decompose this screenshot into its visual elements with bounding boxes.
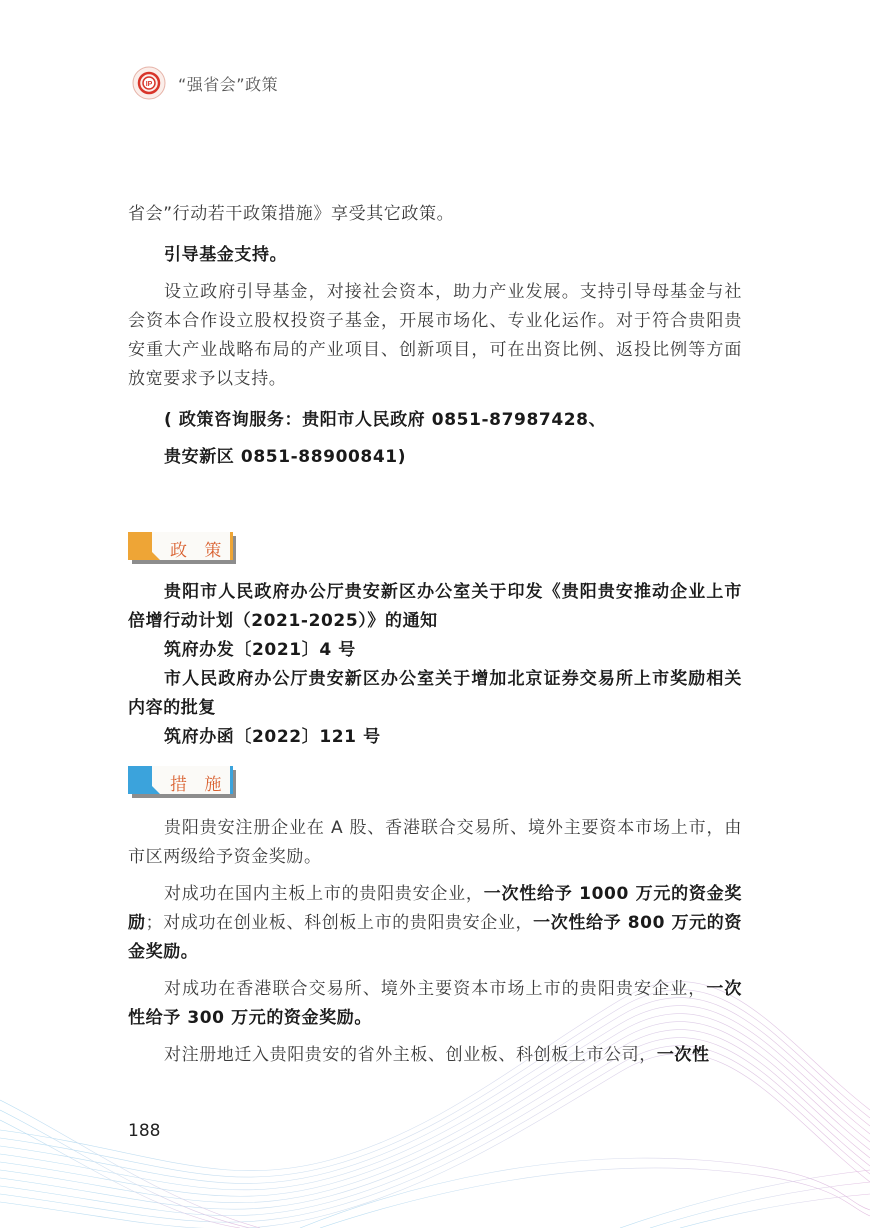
measures-paragraph-4: 对注册地迁入贵阳贵安的省外主板、创业板、科创板上市公司，一次性 (128, 1041, 742, 1070)
header-title: “强省会”政策 (178, 72, 278, 95)
page-header: IP “强省会”政策 (132, 66, 278, 100)
fund-heading: 引导基金支持。 (128, 241, 742, 270)
party-emblem-logo-icon: IP (132, 66, 166, 100)
document-body: 省会”行动若干政策措施》享受其它政策。 引导基金支持。 设立政府引导基金，对接社… (128, 200, 742, 1070)
measures-section-tag: 措 施 (128, 766, 236, 796)
fund-body: 设立政府引导基金，对接社会资本，助力产业发展。支持引导母基金与社会资本合作设立股… (128, 278, 742, 394)
policy-item-title: 市人民政府办公厅贵安新区办公室关于增加北京证券交易所上市奖励相关内容的批复 (128, 665, 742, 723)
policy-item-doc-no: 筑府办函〔2022〕121 号 (128, 723, 742, 752)
measures-paragraph-3: 对成功在香港联合交易所、境外主要资本市场上市的贵阳贵安企业，一次性给予 300 … (128, 975, 742, 1033)
measures-tag-label: 措 施 (170, 770, 227, 795)
measures-paragraph-1: 贵阳贵安注册企业在 A 股、香港联合交易所、境外主要资本市场上市，由市区两级给予… (128, 814, 742, 872)
contact-line-1: ( 政策咨询服务：贵阳市人民政府 0851-87987428、 (128, 406, 742, 435)
svg-text:IP: IP (146, 81, 153, 88)
contact-line-2: 贵安新区 0851-88900841) (128, 443, 742, 472)
measures-paragraph-2: 对成功在国内主板上市的贵阳贵安企业，一次性给予 1000 万元的资金奖励；对成功… (128, 880, 742, 967)
page-number: 188 (128, 1121, 160, 1141)
tag-accent-icon (128, 532, 152, 560)
policy-section-tag: 政 策 (128, 532, 236, 562)
policy-item-title: 贵阳市人民政府办公厅贵安新区办公室关于印发《贵阳贵安推动企业上市倍增行动计划（2… (128, 578, 742, 636)
policy-item-doc-no: 筑府办发〔2021〕4 号 (128, 636, 742, 665)
tag-accent-icon (128, 766, 152, 794)
continuation-text: 省会”行动若干政策措施》享受其它政策。 (128, 200, 742, 229)
policy-tag-label: 政 策 (170, 536, 227, 561)
